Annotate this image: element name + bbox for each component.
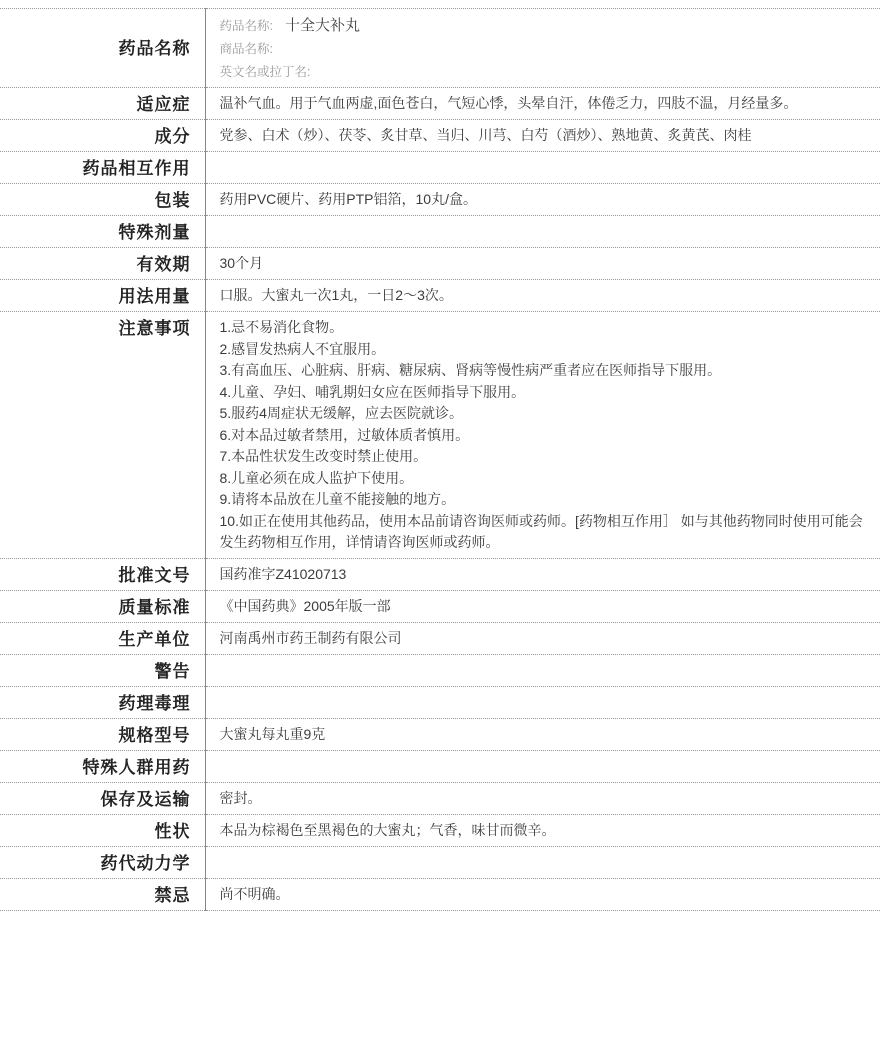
precaution-item: 10.如正在使用其他药品，使用本品前请咨询医师或药师。[药物相互作用］ 如与其他… [220, 511, 871, 554]
row-label-properties: 性状 [0, 814, 205, 846]
row-content-manufacturer: 河南禹州市药王制药有限公司 [205, 622, 880, 654]
precaution-item: 5.服药4周症状无缓解，应去医院就诊。 [220, 403, 871, 425]
row-content-ingredients: 党参、白术（炒）、茯苓、炙甘草、当归、川芎、白芍（酒炒）、熟地黄、炙黄芪、肉桂 [205, 120, 880, 152]
row-content-drug-interactions [205, 152, 880, 184]
english-name-field: 英文名或拉丁名: [220, 60, 871, 83]
row-content-special-populations [205, 750, 880, 782]
row-label-precautions: 注意事项 [0, 312, 205, 559]
table-row-pharmacokinetics: 药代动力学 [0, 846, 880, 878]
trade-name-field: 商品名称: [220, 37, 871, 60]
row-label-approval-number: 批准文号 [0, 558, 205, 590]
precaution-item: 6.对本品过敏者禁用，过敏体质者慎用。 [220, 425, 871, 447]
row-label-dosage-usage: 用法用量 [0, 280, 205, 312]
drug-info-table: 药品名称 药品名称:十全大补丸 商品名称: 英文名或拉丁名: 适应症 温补气血。… [0, 8, 880, 911]
row-content-pharmacokinetics [205, 846, 880, 878]
drug-name-field-label: 药品名称: [220, 19, 273, 33]
row-content-drug-name: 药品名称:十全大补丸 商品名称: 英文名或拉丁名: [205, 9, 880, 88]
precaution-item: 9.请将本品放在儿童不能接触的地方。 [220, 489, 871, 511]
table-row-special-populations: 特殊人群用药 [0, 750, 880, 782]
row-label-contraindications: 禁忌 [0, 878, 205, 910]
drug-name-value: 十全大补丸 [285, 17, 360, 34]
table-row-contraindications: 禁忌 尚不明确。 [0, 878, 880, 910]
table-row-drug-name: 药品名称 药品名称:十全大补丸 商品名称: 英文名或拉丁名: [0, 9, 880, 88]
row-content-dosage-usage: 口服。大蜜丸一次1丸，一日2～3次。 [205, 280, 880, 312]
row-content-specification: 大蜜丸每丸重9克 [205, 718, 880, 750]
row-label-special-dosage: 特殊剂量 [0, 216, 205, 248]
table-row-precautions: 注意事项 1.忌不易消化食物。 2.感冒发热病人不宜服用。 3.有高血压、心脏病… [0, 312, 880, 559]
table-row-pharmacology-toxicology: 药理毒理 [0, 686, 880, 718]
row-label-warning: 警告 [0, 654, 205, 686]
table-row-warning: 警告 [0, 654, 880, 686]
table-row-ingredients: 成分 党参、白术（炒）、茯苓、炙甘草、当归、川芎、白芍（酒炒）、熟地黄、炙黄芪、… [0, 120, 880, 152]
row-content-indications: 温补气血。用于气血两虚,面色苍白，气短心悸，头晕自汗，体倦乏力，四肢不温，月经量… [205, 88, 880, 120]
row-content-pharmacology-toxicology [205, 686, 880, 718]
row-content-properties: 本品为棕褐色至黑褐色的大蜜丸；气香，味甘而微辛。 [205, 814, 880, 846]
english-name-field-label: 英文名或拉丁名: [220, 65, 311, 79]
row-label-quality-standard: 质量标准 [0, 590, 205, 622]
table-row-manufacturer: 生产单位 河南禹州市药王制药有限公司 [0, 622, 880, 654]
row-label-manufacturer: 生产单位 [0, 622, 205, 654]
table-row-specification: 规格型号 大蜜丸每丸重9克 [0, 718, 880, 750]
row-content-packaging: 药用PVC硬片、药用PTP铝箔，10丸/盒。 [205, 184, 880, 216]
table-row-quality-standard: 质量标准 《中国药典》2005年版一部 [0, 590, 880, 622]
precaution-item: 1.忌不易消化食物。 [220, 317, 871, 339]
row-content-quality-standard: 《中国药典》2005年版一部 [205, 590, 880, 622]
table-row-storage-transport: 保存及运输 密封。 [0, 782, 880, 814]
row-label-special-populations: 特殊人群用药 [0, 750, 205, 782]
row-content-special-dosage [205, 216, 880, 248]
row-label-indications: 适应症 [0, 88, 205, 120]
drug-info-sheet: 药品名称 药品名称:十全大补丸 商品名称: 英文名或拉丁名: 适应症 温补气血。… [0, 8, 880, 911]
table-row-properties: 性状 本品为棕褐色至黑褐色的大蜜丸；气香，味甘而微辛。 [0, 814, 880, 846]
row-label-ingredients: 成分 [0, 120, 205, 152]
row-label-pharmacology-toxicology: 药理毒理 [0, 686, 205, 718]
row-content-approval-number: 国药准字Z41020713 [205, 558, 880, 590]
row-content-contraindications: 尚不明确。 [205, 878, 880, 910]
table-row-packaging: 包装 药用PVC硬片、药用PTP铝箔，10丸/盒。 [0, 184, 880, 216]
precaution-item: 8.儿童必须在成人监护下使用。 [220, 468, 871, 490]
precaution-item: 2.感冒发热病人不宜服用。 [220, 339, 871, 361]
precaution-item: 3.有高血压、心脏病、肝病、糖尿病、肾病等慢性病严重者应在医师指导下服用。 [220, 360, 871, 382]
row-label-specification: 规格型号 [0, 718, 205, 750]
table-row-approval-number: 批准文号 国药准字Z41020713 [0, 558, 880, 590]
table-row-shelf-life: 有效期 30个月 [0, 248, 880, 280]
table-row-special-dosage: 特殊剂量 [0, 216, 880, 248]
row-label-drug-name: 药品名称 [0, 9, 205, 88]
row-content-precautions: 1.忌不易消化食物。 2.感冒发热病人不宜服用。 3.有高血压、心脏病、肝病、糖… [205, 312, 880, 559]
row-label-shelf-life: 有效期 [0, 248, 205, 280]
row-label-pharmacokinetics: 药代动力学 [0, 846, 205, 878]
row-content-shelf-life: 30个月 [205, 248, 880, 280]
row-content-storage-transport: 密封。 [205, 782, 880, 814]
table-row-drug-interactions: 药品相互作用 [0, 152, 880, 184]
row-label-storage-transport: 保存及运输 [0, 782, 205, 814]
precaution-item: 7.本品性状发生改变时禁止使用。 [220, 446, 871, 468]
trade-name-field-label: 商品名称: [220, 42, 273, 56]
drug-name-field: 药品名称:十全大补丸 [220, 14, 871, 37]
row-label-drug-interactions: 药品相互作用 [0, 152, 205, 184]
table-row-indications: 适应症 温补气血。用于气血两虚,面色苍白，气短心悸，头晕自汗，体倦乏力，四肢不温… [0, 88, 880, 120]
precaution-item: 4.儿童、孕妇、哺乳期妇女应在医师指导下服用。 [220, 382, 871, 404]
row-label-packaging: 包装 [0, 184, 205, 216]
row-content-warning [205, 654, 880, 686]
table-row-dosage-usage: 用法用量 口服。大蜜丸一次1丸，一日2～3次。 [0, 280, 880, 312]
